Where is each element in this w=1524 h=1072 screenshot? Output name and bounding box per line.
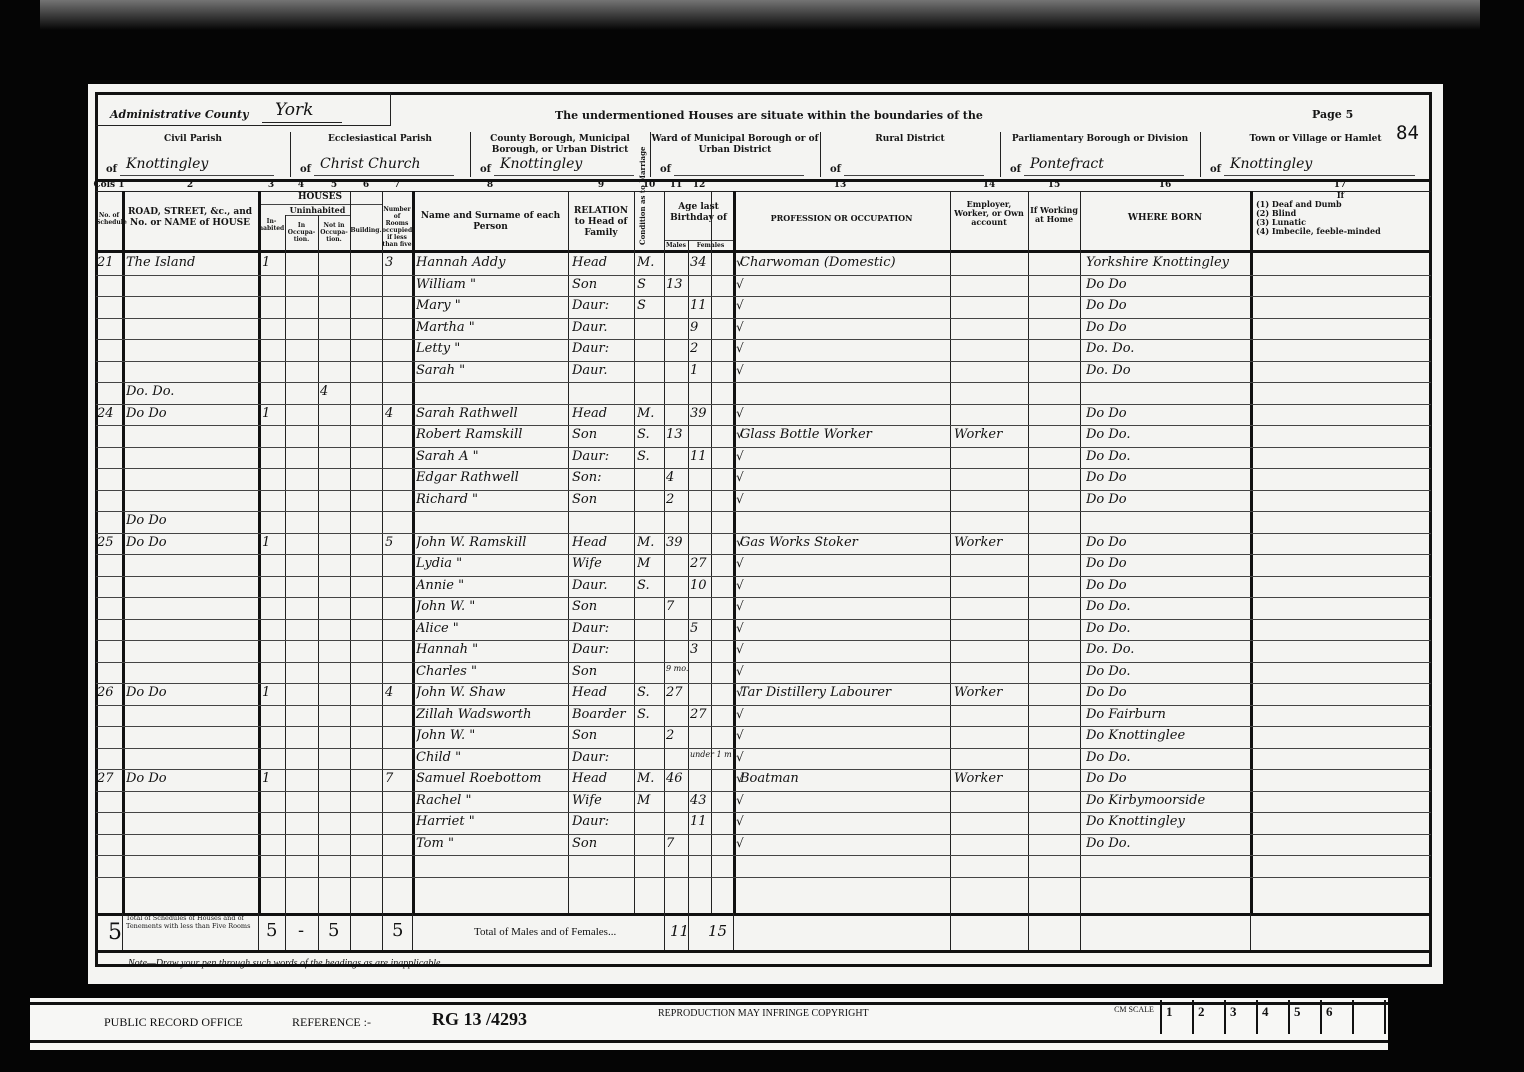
cell-condition: S.	[637, 685, 663, 700]
cell-occupation: Tar Distillery Labourer	[740, 685, 948, 700]
tick-mark: √	[736, 298, 744, 312]
admin-county-label: Administrative County	[110, 108, 248, 121]
cell-relation: Head	[572, 771, 632, 786]
tick-mark: √	[736, 427, 744, 441]
cell-rooms: 4	[385, 406, 411, 421]
cell-male-age: 7	[666, 599, 688, 614]
tick-mark: √	[736, 341, 744, 355]
col-header-infirmity-item: (4) Imbecile, feeble-minded	[1256, 226, 1381, 236]
col-header-condition: Condition as to Marriage	[638, 205, 647, 245]
column-number: 7	[377, 180, 417, 190]
total-schedules: 5	[108, 920, 122, 945]
header-field-value: Pontefract	[1030, 156, 1104, 172]
cell-male-age: 4	[666, 470, 688, 485]
cell-male-age: 46	[666, 771, 688, 786]
scale-mark: 2	[1198, 1004, 1205, 1020]
scale-label: CM SCALE	[1112, 1005, 1156, 1015]
intro-text: The undermentioned Houses are situate wi…	[555, 109, 983, 122]
total-uninhabited-in: -	[298, 920, 304, 941]
col-header-where-born: WHERE BORN	[1080, 213, 1250, 224]
tick-mark: √	[736, 793, 744, 807]
cell-name: Samuel Roebottom	[416, 771, 566, 786]
cell-female-age: 43	[690, 793, 732, 808]
cell-born: Do Do.	[1086, 664, 1248, 679]
tick-mark: √	[736, 750, 744, 764]
col-header-males: Males	[664, 241, 688, 250]
cell-relation: Daur:	[572, 449, 632, 464]
cell-name: Charles "	[416, 664, 566, 679]
cell-born: Do Do	[1086, 320, 1248, 335]
header-field-of: of	[480, 164, 491, 175]
cell-relation: Son	[572, 492, 632, 507]
cell-relation: Head	[572, 255, 632, 270]
col-header-inhabited: In-habited	[258, 218, 285, 232]
cell-born: Do Do	[1086, 406, 1248, 421]
header-field-of: of	[1010, 164, 1021, 175]
cell-road: Do Do	[126, 685, 256, 700]
cell-born: Do Do.	[1086, 427, 1248, 442]
cell-employer: Worker	[954, 535, 1026, 550]
cell-name: John W. "	[416, 599, 566, 614]
cell-born: Do Kirbymoorside	[1086, 793, 1248, 808]
cell-born: Do Do	[1086, 470, 1248, 485]
cell-inhabited: 1	[262, 685, 284, 700]
tick-mark: √	[736, 363, 744, 377]
column-number: 12	[679, 180, 719, 190]
cell-name: Hannah Addy	[416, 255, 566, 270]
cell-schedule: 21	[97, 255, 122, 270]
cell-name: Lydia "	[416, 556, 566, 571]
tick-mark: √	[736, 728, 744, 742]
column-number: Cols 1	[89, 180, 129, 190]
cell-occupation: Gas Works Stoker	[740, 535, 948, 550]
header-field-label: Town or Village or Hamlet	[1200, 134, 1431, 145]
cell-female-age: 9	[690, 320, 732, 335]
cell-relation: Son	[572, 599, 632, 614]
cell-born: Do Do.	[1086, 836, 1248, 851]
header-field-of: of	[1210, 164, 1221, 175]
tick-mark: √	[736, 535, 744, 549]
scale-mark: 6	[1326, 1004, 1333, 1020]
header-field-label: Civil Parish	[96, 134, 290, 145]
copyright-notice: REPRODUCTION MAY INFRINGE COPYRIGHT	[658, 1008, 869, 1019]
cell-condition: M	[637, 556, 663, 571]
column-number: 17	[1320, 180, 1360, 190]
cell-relation: Son	[572, 277, 632, 292]
cell-inhabited: 1	[262, 771, 284, 786]
cell-male-age: 39	[666, 535, 688, 550]
cell-female-age: under 1 mo.	[690, 750, 732, 759]
cell-schedule: 27	[97, 771, 122, 786]
cell-born: Do Do	[1086, 277, 1248, 292]
office-label: PUBLIC RECORD OFFICE	[104, 1015, 243, 1030]
column-number: 9	[581, 180, 621, 190]
record-office-footer: PUBLIC RECORD OFFICE REFERENCE :- RG 13 …	[30, 998, 1388, 1050]
col-header-building: Building.	[350, 226, 382, 235]
cell-name: Mary "	[416, 298, 566, 313]
cell-employer: Worker	[954, 427, 1026, 442]
cell-name: Sarah "	[416, 363, 566, 378]
cell-condition: S.	[637, 449, 663, 464]
cell-male-age: 27	[666, 685, 688, 700]
total-males: 11	[670, 922, 689, 940]
cell-relation: Daur:	[572, 750, 632, 765]
cell-name: Harriet "	[416, 814, 566, 829]
cell-female-age: 11	[690, 298, 732, 313]
cell-relation: Daur:	[572, 642, 632, 657]
total-inhabited: 5	[266, 920, 277, 941]
cell-condition: S	[637, 298, 663, 313]
cell-name: Rachel "	[416, 793, 566, 808]
cell-name: Richard "	[416, 492, 566, 507]
cell-female-age: 11	[690, 814, 732, 829]
cell-rooms: 4	[385, 685, 411, 700]
tick-mark: √	[736, 255, 744, 269]
cell-name: Robert Ramskill	[416, 427, 566, 442]
total-rooms: 5	[392, 920, 403, 941]
cell-relation: Daur:	[572, 814, 632, 829]
tick-mark: √	[736, 814, 744, 828]
header-field-value: Knottingley	[500, 156, 582, 172]
cell-male-age: 13	[666, 427, 688, 442]
cell-name: Hannah "	[416, 642, 566, 657]
cell-condition: M	[637, 793, 663, 808]
cell-born: Do Do.	[1086, 750, 1248, 765]
cell-rooms: 5	[385, 535, 411, 550]
cell-condition: M.	[637, 406, 663, 421]
cell-condition: S	[637, 277, 663, 292]
tick-mark: √	[736, 836, 744, 850]
cell-born: Do Do	[1086, 685, 1248, 700]
totals-label: Total of Schedules of Houses and of Tene…	[126, 914, 254, 930]
cell-employer: Worker	[954, 771, 1026, 786]
tick-mark: √	[736, 406, 744, 420]
col-header-working-at-home: If Working at Home	[1028, 206, 1080, 224]
cell-name: Tom "	[416, 836, 566, 851]
cell-female-age: 5	[690, 621, 732, 636]
cell-relation: Daur.	[572, 320, 632, 335]
tick-mark: √	[736, 492, 744, 506]
header-field-label: Ward of Municipal Borough or of Urban Di…	[650, 134, 820, 156]
cell-male-age: 7	[666, 836, 688, 851]
cell-relation: Daur:	[572, 621, 632, 636]
cell-relation: Daur:	[572, 341, 632, 356]
cell-born: Do Do.	[1086, 621, 1248, 636]
cell-name: John W. Shaw	[416, 685, 566, 700]
header-field-value: Christ Church	[320, 156, 420, 172]
cell-name: Sarah Rathwell	[416, 406, 566, 421]
cell-condition: M.	[637, 771, 663, 786]
col-header-in-occupation: In Occupa-tion.	[285, 222, 318, 243]
header-field-of: of	[300, 164, 311, 175]
column-number: 16	[1145, 180, 1185, 190]
tick-mark: √	[736, 599, 744, 613]
cell-male-age: 2	[666, 728, 688, 743]
cell-name: Edgar Rathwell	[416, 470, 566, 485]
cell-relation: Son	[572, 664, 632, 679]
total-females: 15	[708, 922, 727, 940]
tick-mark: √	[736, 578, 744, 592]
cell-occupation: Glass Bottle Worker	[740, 427, 948, 442]
cell-name: William "	[416, 277, 566, 292]
cell-schedule: 26	[97, 685, 122, 700]
cell-employer: Worker	[954, 685, 1026, 700]
cell-born: Do Knottingley	[1086, 814, 1248, 829]
cell-female-age: 2	[690, 341, 732, 356]
cell-name: Annie "	[416, 578, 566, 593]
cell-relation: Boarder	[572, 707, 632, 722]
total-persons-label: Total of Males and of Females...	[474, 926, 616, 938]
cell-born: Do Do.	[1086, 599, 1248, 614]
header-field-value: Knottingley	[126, 156, 208, 172]
cell-relation: Wife	[572, 793, 632, 808]
cell-relation: Son	[572, 836, 632, 851]
tick-mark: √	[736, 556, 744, 570]
header-field-of: of	[106, 164, 117, 175]
cell-female-age: 27	[690, 556, 732, 571]
cell-name: Martha "	[416, 320, 566, 335]
column-number: 2	[170, 180, 210, 190]
page-label: Page 5	[1312, 108, 1353, 121]
cell-female-age: 11	[690, 449, 732, 464]
cell-road: Do Do	[126, 513, 256, 528]
cell-born: Do. Do	[1086, 363, 1248, 378]
scale-mark: 5	[1294, 1004, 1301, 1020]
cell-born: Do Do	[1086, 492, 1248, 507]
col-header-road: ROAD, STREET, &c., and No. or NAME of HO…	[124, 207, 256, 229]
column-number: 14	[969, 180, 1009, 190]
cell-name: Letty "	[416, 341, 566, 356]
tick-mark: √	[736, 277, 744, 291]
scan-edge	[40, 0, 1480, 30]
cell-rooms: 3	[385, 255, 411, 270]
cell-male-age: 13	[666, 277, 688, 292]
heading-note: Note—Draw your pen through such words of…	[128, 958, 443, 969]
cell-born: Do Do	[1086, 298, 1248, 313]
cell-born: Do Do	[1086, 771, 1248, 786]
scale-mark: 4	[1262, 1004, 1269, 1020]
tick-mark: √	[736, 771, 744, 785]
col-header-schedule: No. of Schedule	[96, 212, 122, 226]
cell-born: Do Do	[1086, 556, 1248, 571]
cell-schedule: 25	[97, 535, 122, 550]
cell-condition: M.	[637, 535, 663, 550]
tick-mark: √	[736, 707, 744, 721]
cell-road: The Island	[126, 255, 256, 270]
cell-female-age: 10	[690, 578, 732, 593]
cell-born: Do. Do.	[1086, 341, 1248, 356]
cell-condition: S.	[637, 578, 663, 593]
cell-inhabited: 1	[262, 535, 284, 550]
cell-name: Alice "	[416, 621, 566, 636]
cell-road: Do Do	[126, 535, 256, 550]
cell-name: Child "	[416, 750, 566, 765]
header-field-of: of	[830, 164, 841, 175]
cell-occupation: Boatman	[740, 771, 948, 786]
col-header-houses: HOUSES	[258, 192, 382, 203]
cell-born: Do Do	[1086, 578, 1248, 593]
cell-relation: Son	[572, 728, 632, 743]
cell-relation: Head	[572, 406, 632, 421]
column-number: 8	[470, 180, 510, 190]
cell-relation: Son	[572, 427, 632, 442]
cell-relation: Son:	[572, 470, 632, 485]
cell-born: Do Knottinglee	[1086, 728, 1248, 743]
cell-relation: Wife	[572, 556, 632, 571]
cell-relation: Daur.	[572, 363, 632, 378]
cell-road: Do. Do.	[126, 384, 256, 399]
cell-female-age: 27	[690, 707, 732, 722]
cell-inhabited: 1	[262, 255, 284, 270]
col-header-occupation: PROFESSION OR OCCUPATION	[733, 213, 950, 224]
header-field-of: of	[660, 164, 671, 175]
header-field-label: County Borough, Municipal Borough, or Ur…	[470, 134, 650, 156]
header-field-label: Parliamentary Borough or Division	[1000, 134, 1200, 145]
cell-born: Do Do	[1086, 535, 1248, 550]
col-header-rooms: Number of Rooms occupied if less than fi…	[382, 206, 412, 248]
scale-mark: 1	[1166, 1004, 1173, 1020]
cell-condition: S.	[637, 427, 663, 442]
cell-condition: M.	[637, 255, 663, 270]
scale-mark: 3	[1230, 1004, 1237, 1020]
reference-label: REFERENCE :-	[292, 1015, 371, 1030]
cell-name: John W. Ramskill	[416, 535, 566, 550]
col-header-employer: Employer, Worker, or Own account	[950, 200, 1028, 227]
cell-female-age: 1	[690, 363, 732, 378]
column-number: 15	[1034, 180, 1074, 190]
tick-mark: √	[736, 664, 744, 678]
tick-mark: √	[736, 685, 744, 699]
cell-female-age: 34	[690, 255, 732, 270]
tick-mark: √	[736, 642, 744, 656]
cell-name: Sarah A "	[416, 449, 566, 464]
cell-born: Yorkshire Knottingley	[1086, 255, 1248, 270]
cell-relation: Daur.	[572, 578, 632, 593]
tick-mark: √	[736, 320, 744, 334]
header-field-label: Ecclesiastical Parish	[290, 134, 470, 145]
column-number: 13	[820, 180, 860, 190]
cell-schedule: 24	[97, 406, 122, 421]
admin-county-value: York	[275, 100, 313, 120]
cell-occupation: Charwoman (Domestic)	[740, 255, 948, 270]
tick-mark: √	[736, 621, 744, 635]
cell-name: John W. "	[416, 728, 566, 743]
reference-value: RG 13 /4293	[432, 1009, 527, 1030]
header-field-label: Rural District	[820, 134, 1000, 145]
cell-relation: Daur:	[572, 298, 632, 313]
col-header-relation: RELATION to Head of Family	[568, 206, 634, 239]
total-uninhabited-not: 5	[328, 920, 339, 941]
cell-male-age: 9 mo.	[666, 664, 688, 673]
col-header-name: Name and Surname of each Person	[418, 211, 563, 233]
col-header-age: Age last Birthday of	[664, 202, 733, 224]
cell-male-age: 2	[666, 492, 688, 507]
cell-born: Do Do.	[1086, 449, 1248, 464]
cell-born: Do. Do.	[1086, 642, 1248, 657]
tick-mark: √	[736, 470, 744, 484]
cell-condition: S.	[637, 707, 663, 722]
cell-uninhab-not: 4	[320, 384, 348, 399]
cell-road: Do Do	[126, 406, 256, 421]
cell-name: Zillah Wadsworth	[416, 707, 566, 722]
tick-mark: √	[736, 449, 744, 463]
cell-female-age: 3	[690, 642, 732, 657]
cell-born: Do Fairburn	[1086, 707, 1248, 722]
header-field-value: Knottingley	[1230, 156, 1312, 172]
cell-relation: Head	[572, 685, 632, 700]
cell-relation: Head	[572, 535, 632, 550]
cell-inhabited: 1	[262, 406, 284, 421]
cell-road: Do Do	[126, 771, 256, 786]
col-header-not-in-occupation: Not in Occupa-tion.	[318, 222, 350, 243]
cell-rooms: 7	[385, 771, 411, 786]
cell-female-age: 39	[690, 406, 732, 421]
